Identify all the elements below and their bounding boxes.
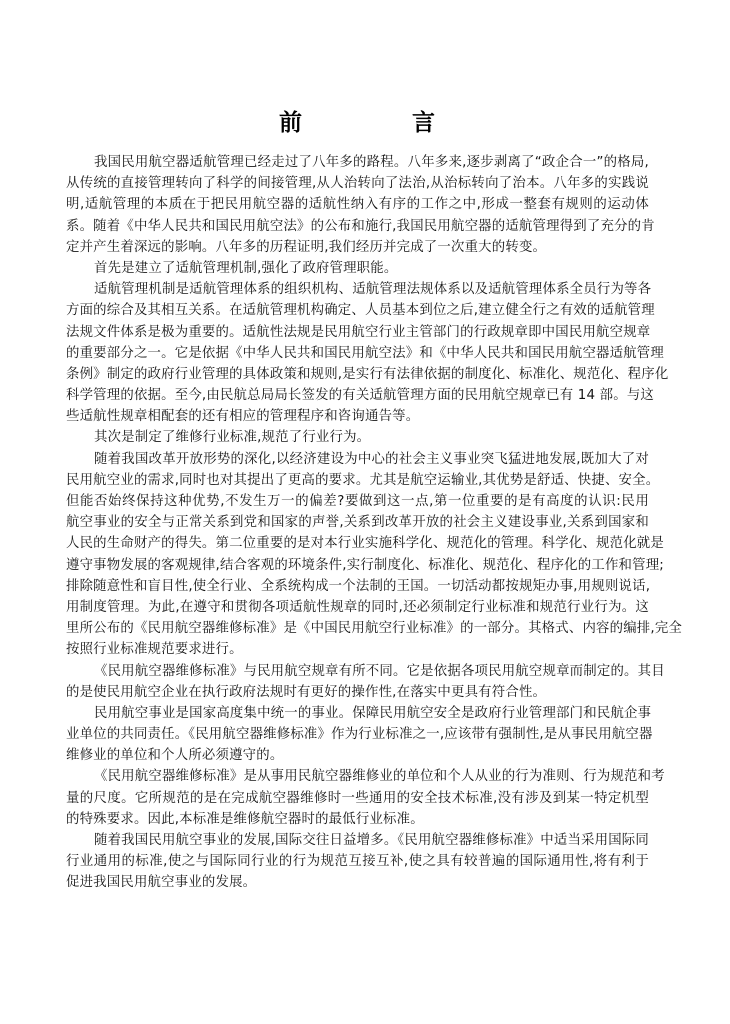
text-line: 科学管理的依据。至今,由民航总局局长签发的有关适航管理方面的民用航空规章已有 1… bbox=[66, 385, 649, 406]
text-line: 里所公布的《民用航空器维修标准》是《中国民用航空行业标准》的一部分。其格式、内容… bbox=[66, 618, 649, 639]
text-line: 首先是建立了适航管理机制,强化了政府管理职能。 bbox=[66, 258, 649, 279]
text-line: 法规文件体系是极为重要的。适航性法规是民用航空行业主管部门的行政规章即中国民用航… bbox=[66, 322, 649, 343]
text-line: 排除随意性和盲目性,使全行业、全系统构成一个法制的王国。一切活动都按规矩办事,用… bbox=[66, 576, 649, 597]
text-line: 随着我国民用航空事业的发展,国际交往日益增多。《民用航空器维修标准》中适当采用国… bbox=[66, 830, 649, 851]
page-title: 前 言 bbox=[0, 108, 730, 138]
document-page: 前 言 我国民用航空器适航管理已经走过了八年多的路程。八年多来,逐步剥离了“政企… bbox=[0, 0, 730, 1024]
paragraph-2: 首先是建立了适航管理机制,强化了政府管理职能。 bbox=[66, 258, 649, 279]
text-line: 其次是制定了维修行业标准,规范了行业行为。 bbox=[66, 427, 649, 448]
text-line: 条例》制定的政府行业管理的具体政策和规则,是实行有法律依据的制度化、标准化、规范… bbox=[66, 364, 649, 385]
text-line: 适航管理机制是适航管理体系的组织机构、适航管理法规体系以及适航管理体系全员行为等… bbox=[66, 279, 649, 300]
text-line: 量的尺度。它所规范的是在完成航空器维修时一些通用的安全技术标准,没有涉及到某一特… bbox=[66, 788, 649, 809]
text-line: 些适航性规章相配套的还有相应的管理程序和咨询通告等。 bbox=[66, 406, 649, 427]
paragraph-3: 适航管理机制是适航管理体系的组织机构、适航管理法规体系以及适航管理体系全员行为等… bbox=[66, 279, 649, 427]
text-line: 从传统的直接管理转向了科学的间接管理,从人治转向了法治,从治标转向了治本。八年多… bbox=[66, 173, 649, 194]
paragraph-5: 随着我国改革开放形势的深化,以经济建设为中心的社会主义事业突飞猛进地发展,既加大… bbox=[66, 449, 649, 661]
text-line: 促进我国民用航空事业的发展。 bbox=[66, 872, 649, 893]
paragraph-7: 民用航空事业是国家高度集中统一的事业。保障民用航空安全是政府行业管理部门和民航企… bbox=[66, 703, 649, 767]
text-line: 的是使民用航空企业在执行政府法规时有更好的操作性,在落实中更具有符合性。 bbox=[66, 682, 649, 703]
text-line: 维修业的单位和个人所必须遵守的。 bbox=[66, 745, 649, 766]
text-line: 但能否始终保持这种优势,不发生万一的偏差?要做到这一点,第一位重要的是有高度的认… bbox=[66, 491, 649, 512]
text-line: 我国民用航空器适航管理已经走过了八年多的路程。八年多来,逐步剥离了“政企合一”的… bbox=[66, 152, 649, 173]
text-line: 行业通用的标准,使之与国际同行业的行为规范互接互补,使之具有较普遍的国际通用性,… bbox=[66, 851, 649, 872]
title-char-2: 言 bbox=[412, 108, 435, 138]
text-line: 《民用航空器维修标准》是从事用民航空器维修业的单位和个人从业的行为准则、行为规范… bbox=[66, 766, 649, 787]
text-line: 民用航空业的需求,同时也对其提出了更高的要求。尤其是航空运输业,其优势是舒适、快… bbox=[66, 470, 649, 491]
text-line: 定并产生着深远的影响。八年多的历程证明,我们经历并完成了一次重大的转变。 bbox=[66, 237, 649, 258]
text-line: 航空事业的安全与正常关系到党和国家的声誉,关系到改革开放的社会主义建设事业,关系… bbox=[66, 512, 649, 533]
text-line: 遵守事物发展的客观规律,结合客观的环境条件,实行制度化、标准化、规范化、程序化的… bbox=[66, 555, 649, 576]
text-line: 业单位的共同责任。《民用航空器维修标准》作为行业标准之一,应该带有强制性,是从事… bbox=[66, 724, 649, 745]
text-line: 人民的生命财产的得失。第二位重要的是对本行业实施科学化、规范化的管理。科学化、规… bbox=[66, 533, 649, 554]
text-line: 随着我国改革开放形势的深化,以经济建设为中心的社会主义事业突飞猛进地发展,既加大… bbox=[66, 449, 649, 470]
text-line: 系。随着《中华人民共和国民用航空法》的公布和施行,我国民用航空器的适航管理得到了… bbox=[66, 216, 649, 237]
paragraph-6: 《民用航空器维修标准》与民用航空规章有所不同。它是依据各项民用航空规章而制定的。… bbox=[66, 661, 649, 703]
text-line: 《民用航空器维修标准》与民用航空规章有所不同。它是依据各项民用航空规章而制定的。… bbox=[66, 661, 649, 682]
preface-body: 我国民用航空器适航管理已经走过了八年多的路程。八年多来,逐步剥离了“政企合一”的… bbox=[66, 152, 649, 894]
text-line: 明,适航管理的本质在于把民用航空器的适航性纳入有序的工作之中,形成一整套有规则的… bbox=[66, 194, 649, 215]
text-line: 按照行业标准规范要求进行。 bbox=[66, 639, 649, 660]
text-line: 用制度管理。为此,在遵守和贯彻各项适航性规章的同时,还必须制定行业标准和规范行业… bbox=[66, 597, 649, 618]
text-line: 民用航空事业是国家高度集中统一的事业。保障民用航空安全是政府行业管理部门和民航企… bbox=[66, 703, 649, 724]
text-line: 的特殊要求。因此,本标准是维修航空器时的最低行业标准。 bbox=[66, 809, 649, 830]
text-line: 方面的综合及其相互关系。在适航管理机构确定、人员基本到位之后,建立健全行之有效的… bbox=[66, 300, 649, 321]
paragraph-1: 我国民用航空器适航管理已经走过了八年多的路程。八年多来,逐步剥离了“政企合一”的… bbox=[66, 152, 649, 258]
paragraph-8: 《民用航空器维修标准》是从事用民航空器维修业的单位和个人从业的行为准则、行为规范… bbox=[66, 766, 649, 830]
paragraph-4: 其次是制定了维修行业标准,规范了行业行为。 bbox=[66, 427, 649, 448]
paragraph-9: 随着我国民用航空事业的发展,国际交往日益增多。《民用航空器维修标准》中适当采用国… bbox=[66, 830, 649, 894]
text-line: 的重要部分之一。它是依据《中华人民共和国民用航空法》和《中华人民共和国民用航空器… bbox=[66, 343, 649, 364]
title-char-1: 前 bbox=[279, 108, 302, 138]
